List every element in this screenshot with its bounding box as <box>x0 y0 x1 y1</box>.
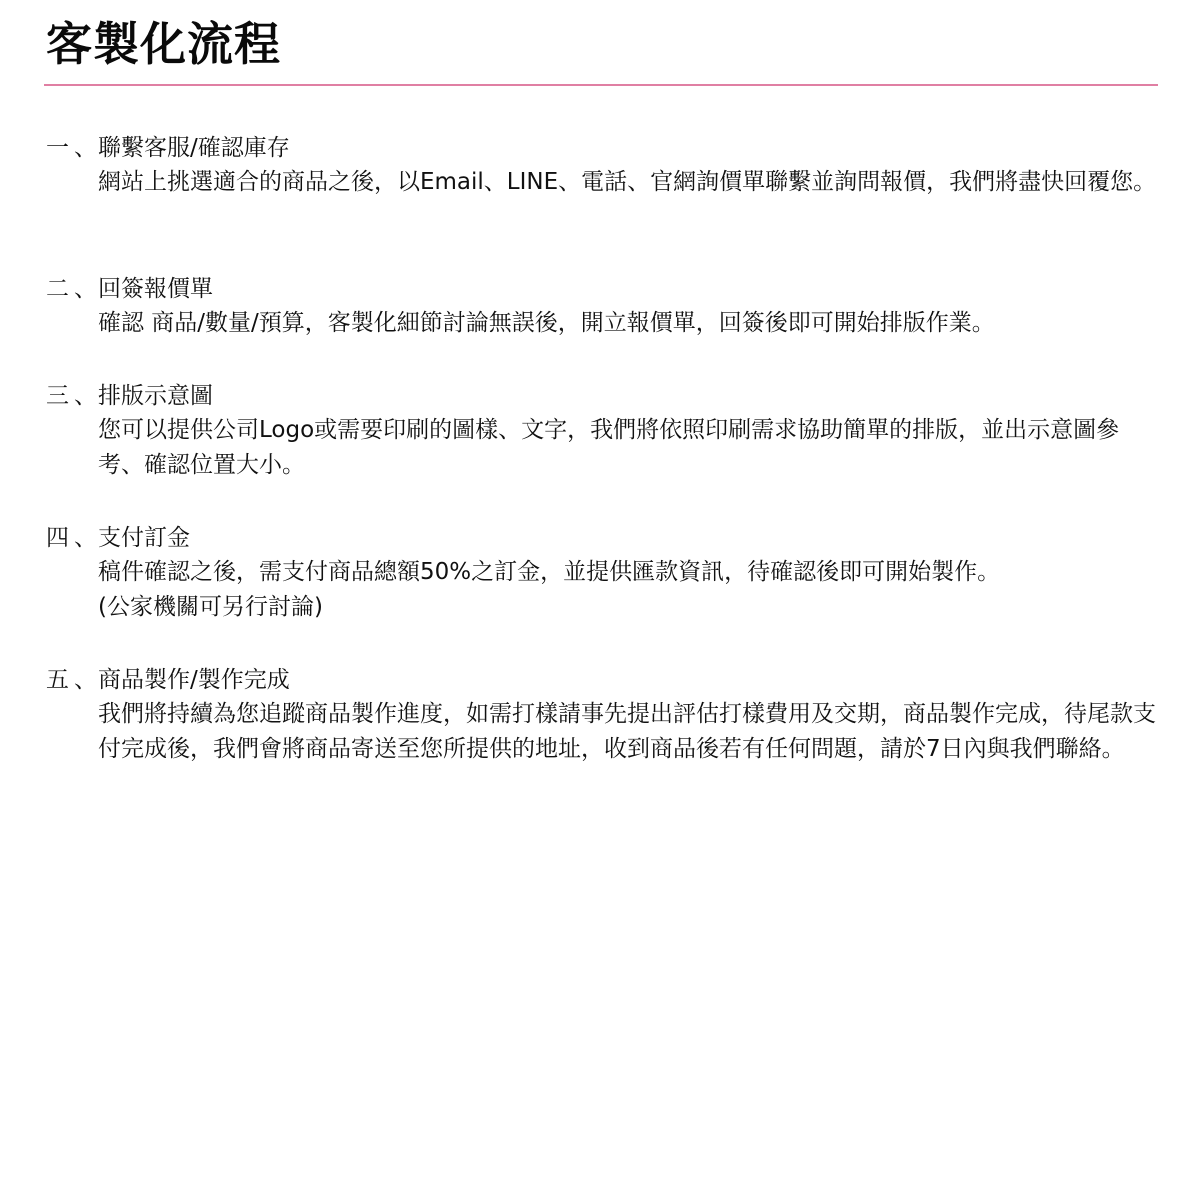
step-heading: 五 、 商品製作/製作完成 <box>46 663 1156 697</box>
page-title: 客製化流程 <box>46 14 281 74</box>
step-1: 一 、 聯繫客服/確認庫存 網站上挑選適合的商品之後，以Email、LINE、電… <box>46 131 1156 200</box>
title-divider <box>44 84 1158 86</box>
step-heading: 二 、 回簽報價單 <box>46 272 1156 306</box>
step-5: 五 、 商品製作/製作完成 我們將持續為您追蹤商品製作進度，如需打樣請事先提出評… <box>46 663 1156 767</box>
step-heading: 一 、 聯繫客服/確認庫存 <box>46 131 1156 165</box>
step-title: 排版示意圖 <box>98 379 213 413</box>
step-number: 四 <box>46 521 74 555</box>
step-separator: 、 <box>74 131 98 165</box>
step-heading: 四 、 支付訂金 <box>46 521 1156 555</box>
step-3: 三 、 排版示意圖 您可以提供公司Logo或需要印刷的圖樣、文字，我們將依照印刷… <box>46 379 1156 483</box>
step-number: 三 <box>46 379 74 413</box>
step-description: 網站上挑選適合的商品之後，以Email、LINE、電話、官網詢價單聯繫並詢問報價… <box>98 165 1158 200</box>
step-separator: 、 <box>74 272 98 306</box>
step-description: 確認 商品/數量/預算，客製化細節討論無誤後，開立報價單，回簽後即可開始排版作業… <box>98 306 1158 341</box>
step-number: 二 <box>46 272 74 306</box>
step-4: 四 、 支付訂金 稿件確認之後，需支付商品總額50%之訂金，並提供匯款資訊，待確… <box>46 521 1156 625</box>
step-heading: 三 、 排版示意圖 <box>46 379 1156 413</box>
step-number: 五 <box>46 663 74 697</box>
step-number: 一 <box>46 131 74 165</box>
step-description-line: 稿件確認之後，需支付商品總額50%之訂金，並提供匯款資訊，待確認後即可開始製作。 <box>98 555 1158 590</box>
step-title: 商品製作/製作完成 <box>98 663 290 697</box>
step-title: 聯繫客服/確認庫存 <box>98 131 290 165</box>
step-2: 二 、 回簽報價單 確認 商品/數量/預算，客製化細節討論無誤後，開立報價單，回… <box>46 272 1156 341</box>
step-title: 支付訂金 <box>98 521 190 555</box>
step-description-note: (公家機關可另行討論) <box>98 590 1158 625</box>
step-separator: 、 <box>74 663 98 697</box>
step-description: 我們將持續為您追蹤商品製作進度，如需打樣請事先提出評估打樣費用及交期，商品製作完… <box>98 697 1158 767</box>
step-separator: 、 <box>74 521 98 555</box>
step-separator: 、 <box>74 379 98 413</box>
step-title: 回簽報價單 <box>98 272 213 306</box>
step-description: 稿件確認之後，需支付商品總額50%之訂金，並提供匯款資訊，待確認後即可開始製作。… <box>98 555 1158 625</box>
step-description: 您可以提供公司Logo或需要印刷的圖樣、文字，我們將依照印刷需求協助簡單的排版，… <box>98 413 1158 483</box>
